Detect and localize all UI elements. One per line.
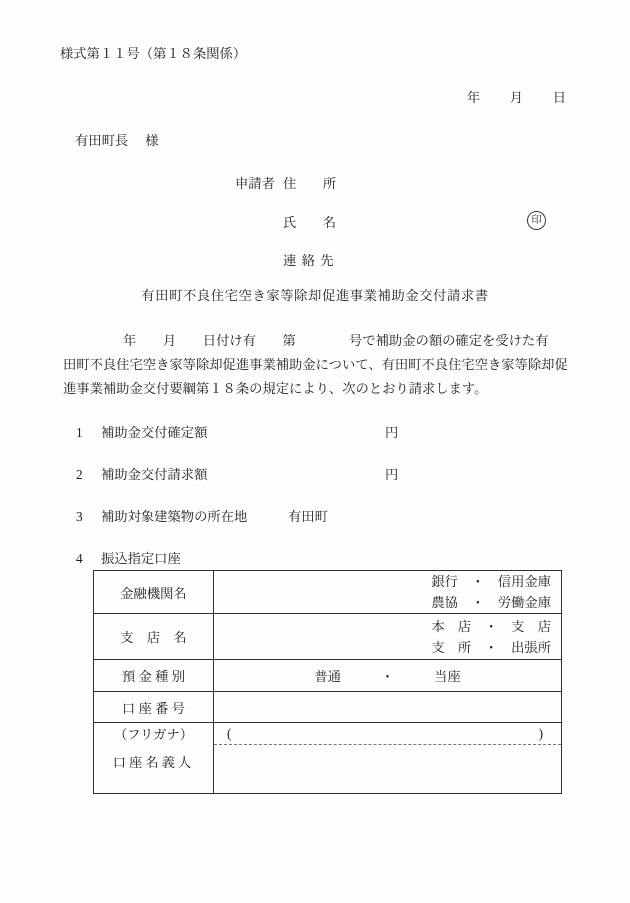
- applicant-label: 申請者: [235, 176, 275, 191]
- document-title: 有田町不良住宅空き家等除却促進事業補助金交付請求書: [0, 288, 630, 303]
- item-3-value: 有田町: [288, 509, 328, 524]
- body-paragraph-line: 年 月 日付け有 第 号で補助金の額の確定を受けた有: [123, 333, 549, 348]
- account-holder-field: [214, 745, 561, 793]
- applicant-name-label: 氏 名: [283, 215, 336, 230]
- bank-account-table: 金融機関名 銀行 ・ 信用金庫 農協 ・ 労働金庫 支 店 名 本 店 ・ 支 …: [93, 570, 562, 794]
- addressee-line: 有田町長様: [75, 133, 158, 148]
- item-1-label: 補助金交付確定額: [101, 425, 207, 440]
- bank-options-line1: 銀行 ・ 信用金庫: [431, 571, 551, 592]
- seal-character: 印: [532, 216, 542, 226]
- item-1-number: 1: [76, 425, 83, 440]
- branch-options-line1: 本 店 ・ 支 店: [431, 616, 551, 637]
- item-1-unit: 円: [385, 425, 398, 440]
- account-holder-label-cell: （フリガナ） 口座名義人: [94, 723, 214, 793]
- date-line: 年 月 日: [467, 90, 567, 105]
- addressee-honorific: 様: [145, 133, 158, 148]
- seal-stamp-icon: 印: [527, 211, 546, 230]
- furigana-paren-close: ): [539, 726, 543, 742]
- bank-name-field: 銀行 ・ 信用金庫 農協 ・ 労働金庫: [214, 571, 561, 614]
- furigana-field: ( ): [214, 723, 561, 745]
- addressee: 有田町長: [75, 133, 128, 148]
- furigana-paren-open: (: [227, 726, 231, 742]
- account-number-field: [214, 692, 561, 723]
- branch-name-label: 支 店 名: [94, 614, 214, 660]
- item-3-label: 補助対象建築物の所在地: [101, 509, 247, 524]
- branch-options-line2: 支 所 ・ 出張所: [431, 637, 551, 658]
- applicant-contact-label: 連 絡 先: [283, 253, 335, 268]
- item-3-number: 3: [76, 509, 83, 524]
- body-paragraph-line: 進事業補助金交付要綱第１８条の規定により、次のとおり請求します。: [63, 381, 487, 396]
- form-number: 様式第１１号（第１８条関係）: [60, 46, 246, 61]
- body-paragraph-line: 田町不良住宅空き家等除却促進事業補助金について、有田町不良住宅空き家等除却促: [63, 357, 568, 372]
- item-4-label: 振込指定口座: [101, 551, 181, 566]
- item-2-unit: 円: [385, 467, 398, 482]
- item-2-label: 補助金交付請求額: [101, 467, 207, 482]
- document-page: 様式第１１号（第１８条関係） 年 月 日 有田町長様 申請者 住 所 氏 名 印…: [0, 0, 630, 903]
- bank-name-label: 金融機関名: [94, 571, 214, 614]
- account-holder-label: 口座名義人: [113, 755, 194, 770]
- furigana-label: （フリガナ）: [114, 727, 193, 742]
- item-2-number: 2: [76, 467, 83, 482]
- bank-options-line2: 農協 ・ 労働金庫: [431, 592, 551, 613]
- deposit-type-label: 預 金 種 別: [94, 660, 214, 692]
- account-holder-field-cell: ( ): [214, 723, 561, 793]
- deposit-type-field: 普通 ・ 当座: [214, 660, 561, 692]
- branch-name-field: 本 店 ・ 支 店 支 所 ・ 出張所: [214, 614, 561, 660]
- applicant-address-label: 住 所: [283, 176, 336, 191]
- account-number-label: 口 座 番 号: [94, 692, 214, 723]
- item-4-number: 4: [76, 551, 83, 566]
